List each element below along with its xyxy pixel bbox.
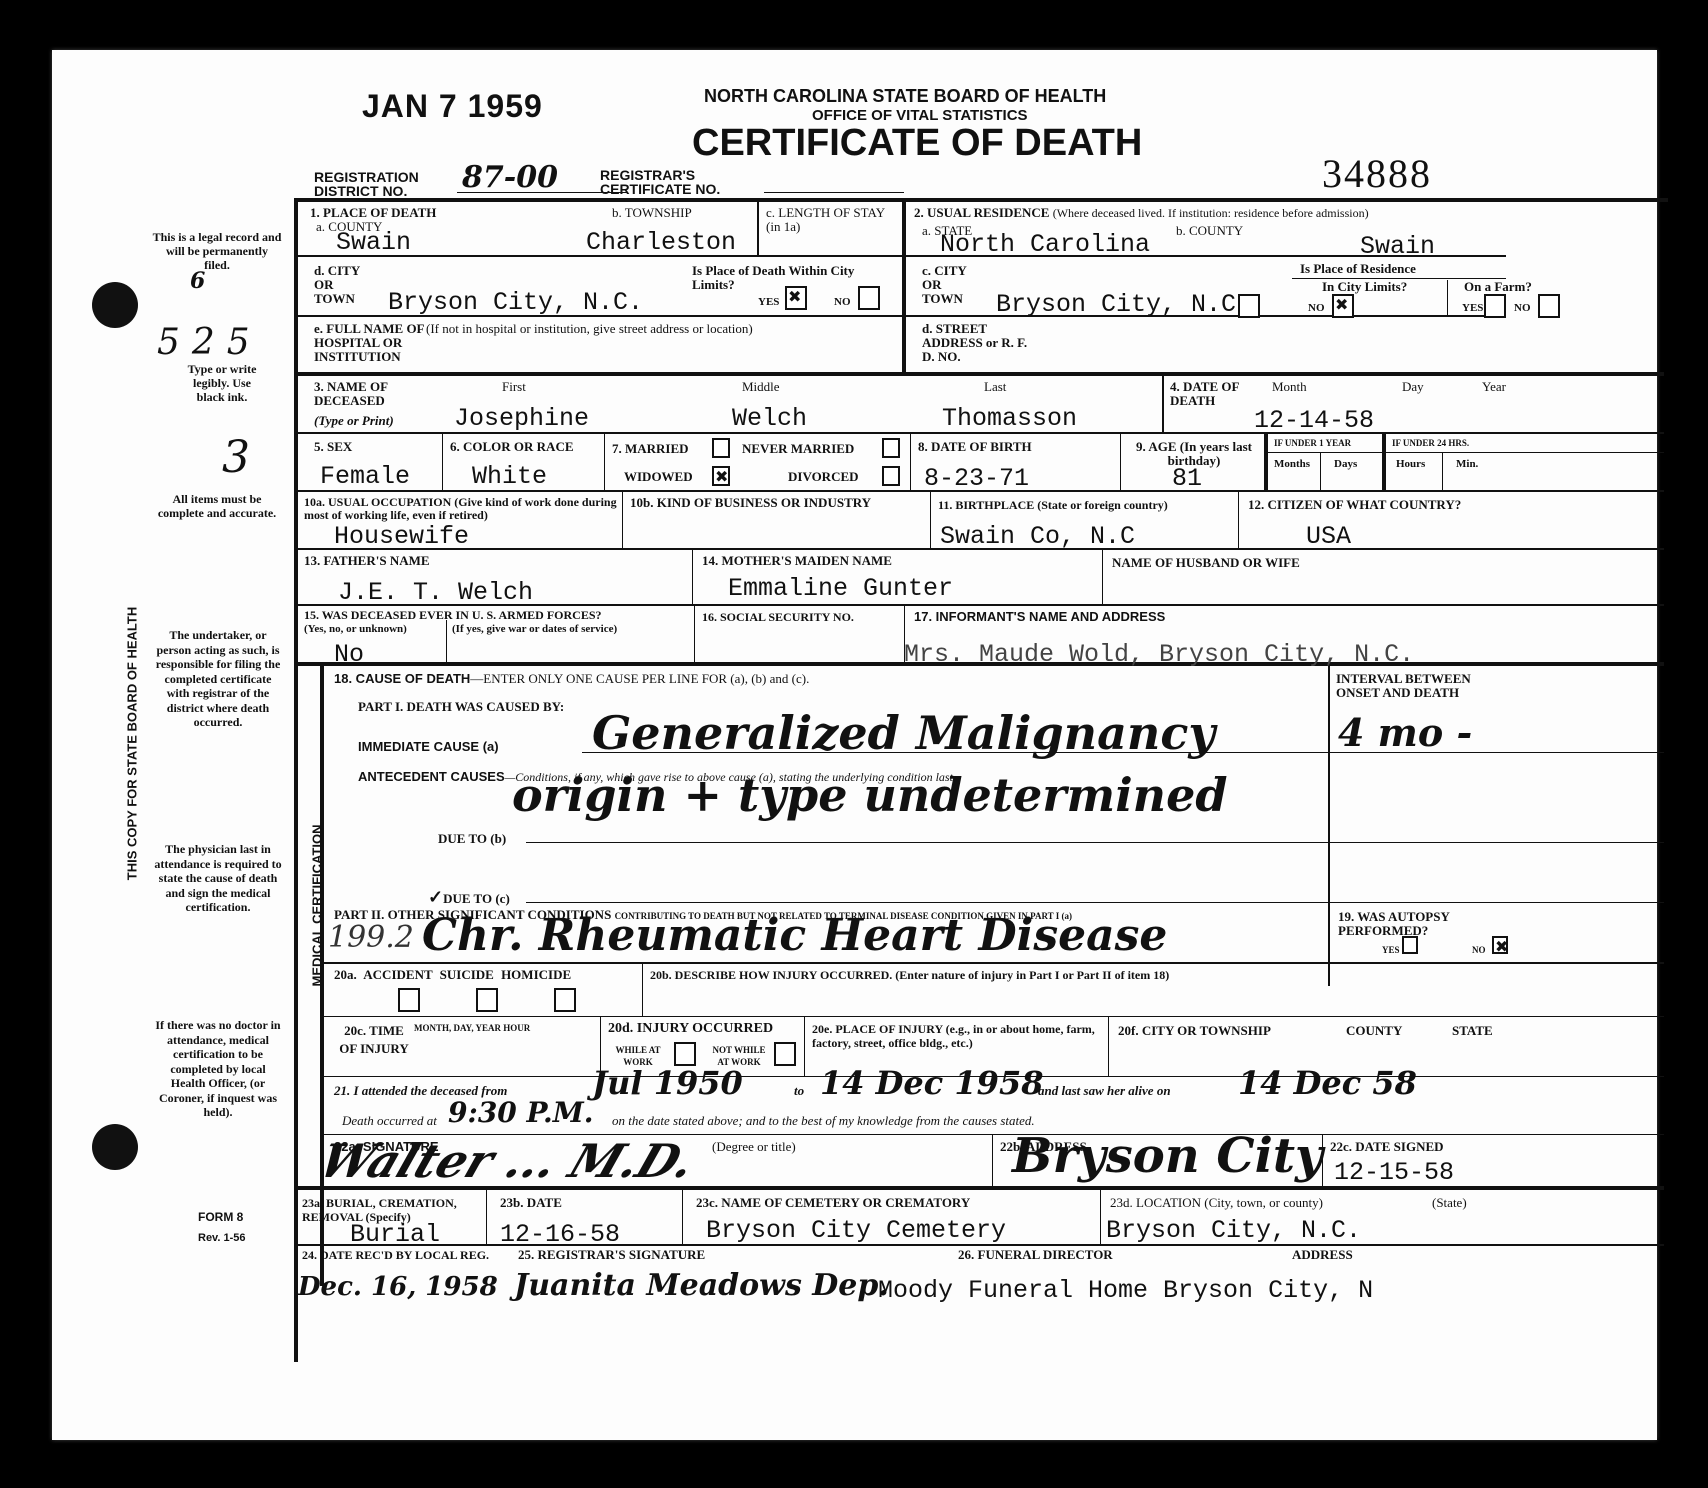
on-farm-no-checkbox[interactable] bbox=[1538, 294, 1560, 318]
race-label: 6. COLOR OR RACE bbox=[450, 440, 574, 454]
spouse-name-label: NAME OF HUSBAND OR WIFE bbox=[1112, 556, 1300, 570]
citizen-label: 12. CITIZEN OF WHAT COUNTRY? bbox=[1248, 498, 1461, 512]
autopsy-yes-label: YES bbox=[1382, 944, 1400, 956]
registration-district-value: 87-00 bbox=[462, 160, 558, 195]
mother-name-value: Emmaline Gunter bbox=[728, 576, 953, 602]
certificate-number: 34888 bbox=[1322, 150, 1432, 197]
place-of-residence-label: Is Place of Residence bbox=[1300, 262, 1416, 276]
accident-checkbox[interactable] bbox=[398, 988, 420, 1012]
checkmark-icon: ✓ bbox=[428, 887, 443, 907]
death-time-value: 9:30 P.M. bbox=[448, 1096, 593, 1129]
cemetery-label: 23c. NAME OF CEMETERY OR CREMATORY bbox=[696, 1196, 970, 1210]
registrar-certificate-label: REGISTRAR'S CERTIFICATE NO. bbox=[600, 168, 720, 196]
agency-name: NORTH CAROLINA STATE BOARD OF HEALTH bbox=[704, 86, 1106, 107]
armed-forces-hint-war: (If yes, give war or dates of service) bbox=[452, 622, 617, 636]
funeral-director-label: 26. FUNERAL DIRECTOR bbox=[958, 1248, 1113, 1262]
township-label: b. TOWNSHIP bbox=[612, 206, 692, 220]
residence-city-value: Bryson City, N.C. bbox=[996, 292, 1251, 318]
death-occurred-hint: on the date stated above; and to the bes… bbox=[612, 1114, 1035, 1128]
injury-occurred-label: 20d. INJURY OCCURRED bbox=[608, 1022, 773, 1036]
while-at-work-checkbox[interactable] bbox=[674, 1042, 696, 1066]
date-signed-label: 22c. DATE SIGNED bbox=[1330, 1140, 1444, 1154]
day-label: Day bbox=[1402, 380, 1424, 394]
in-city-limits-no-label: NO bbox=[1308, 302, 1325, 314]
burial-location-value: Bryson City, N.C. bbox=[1106, 1218, 1361, 1244]
divorced-label: DIVORCED bbox=[788, 470, 859, 484]
sex-label: 5. SEX bbox=[314, 440, 352, 454]
on-farm-label: On a Farm? bbox=[1464, 280, 1532, 294]
date-received-label: 24. DATE REC'D BY LOCAL REG. bbox=[302, 1248, 512, 1262]
birthplace-value: Swain Co, N.C bbox=[940, 524, 1135, 550]
death-county-value: Swain bbox=[336, 230, 411, 256]
received-stamp-date: JAN 7 1959 bbox=[362, 88, 543, 125]
month-label: Month bbox=[1272, 380, 1307, 394]
mother-name-label: 14. MOTHER'S MAIDEN NAME bbox=[702, 554, 892, 568]
date-received-value: Dec. 16, 1958 bbox=[298, 1272, 498, 1302]
street-address-label: d. STREET ADDRESS or R. F. D. NO. bbox=[922, 322, 1042, 364]
never-married-label: NEVER MARRIED bbox=[742, 442, 854, 456]
accident-suicide-homicide-label: 20a. ACCIDENT SUICIDE HOMICIDE bbox=[334, 968, 571, 982]
not-while-at-work-checkbox[interactable] bbox=[774, 1042, 796, 1066]
last-name-value: Thomasson bbox=[942, 406, 1077, 432]
death-city-label: d. CITY OR TOWN bbox=[314, 264, 374, 306]
legal-record-note: This is a legal record and will be perma… bbox=[152, 230, 282, 272]
vertical-copy-label: THIS COPY FOR STATE BOARD OF HEALTH bbox=[125, 574, 140, 914]
on-farm-yes-checkbox[interactable] bbox=[1484, 294, 1506, 318]
married-label: 7. MARRIED bbox=[612, 442, 689, 456]
days-label: Days bbox=[1334, 458, 1357, 470]
burial-state-label: (State) bbox=[1432, 1196, 1467, 1210]
informant-value: Mrs. Maude Wold, Bryson City, N.C. bbox=[904, 642, 1414, 668]
immediate-cause-value: Generalized Malignancy bbox=[592, 706, 1215, 760]
date-of-death-label: 4. DATE OF DEATH bbox=[1170, 380, 1240, 408]
binder-hole-top bbox=[92, 282, 138, 328]
autopsy-no-label: NO bbox=[1472, 944, 1486, 956]
first-name-label: First bbox=[502, 380, 526, 394]
sex-value: Female bbox=[320, 464, 410, 490]
funeral-director-value: Moody Funeral Home Bryson City, N bbox=[878, 1278, 1373, 1304]
type-or-print-hint: (Type or Print) bbox=[314, 414, 394, 428]
on-farm-yes-label: YES bbox=[1462, 302, 1483, 314]
physician-note: The physician last in attendance is requ… bbox=[154, 842, 282, 915]
physician-address-value: Bryson City bbox=[1012, 1128, 1323, 1184]
handwritten-525: 525 bbox=[157, 322, 262, 363]
part-1-label: PART I. DEATH WAS CAUSED BY: bbox=[358, 700, 564, 714]
binder-hole-bottom bbox=[92, 1124, 138, 1170]
industry-label: 10b. KIND OF BUSINESS OR INDUSTRY bbox=[630, 496, 871, 510]
occupation-value: Housewife bbox=[334, 524, 469, 550]
within-limits-no-label: NO bbox=[834, 296, 851, 308]
part-2-icd-code: 199.2 bbox=[328, 920, 414, 955]
funeral-address-label: ADDRESS bbox=[1292, 1248, 1353, 1262]
autopsy-yes-checkbox[interactable] bbox=[1402, 936, 1418, 954]
usual-residence-label: 2. USUAL RESIDENCE (Where deceased lived… bbox=[914, 206, 1369, 220]
birthplace-label: 11. BIRTHPLACE (State or foreign country… bbox=[938, 498, 1168, 512]
time-of-injury-hint: MONTH, DAY, YEAR HOUR bbox=[414, 1022, 530, 1034]
attended-to-value: 14 Dec 1958 bbox=[820, 1064, 1043, 1102]
attended-from-value: Jul 1950 bbox=[592, 1064, 743, 1102]
no-doctor-note: If there was no doctor in attendance, me… bbox=[154, 1018, 282, 1120]
part-2-condition-value: Chr. Rheumatic Heart Disease bbox=[422, 910, 1167, 961]
city-township-label: 20f. CITY OR TOWNSHIP bbox=[1118, 1024, 1271, 1038]
in-city-limits-label: In City Limits? bbox=[1322, 280, 1407, 294]
due-to-b-label: DUE TO (b) bbox=[438, 832, 506, 846]
date-of-death-value: 12-14-58 bbox=[1254, 408, 1374, 434]
death-city-value: Bryson City, N.C. bbox=[388, 290, 643, 316]
first-name-value: Josephine bbox=[454, 406, 589, 432]
date-signed-value: 12-15-58 bbox=[1334, 1160, 1454, 1186]
revision-label: Rev. 1-56 bbox=[198, 1232, 246, 1244]
death-occurred-label: Death occurred at bbox=[342, 1114, 437, 1128]
on-farm-no-label: NO bbox=[1514, 302, 1531, 314]
informant-label: 17. INFORMANT'S NAME AND ADDRESS bbox=[914, 610, 1165, 624]
armed-forces-value: No bbox=[334, 642, 364, 668]
death-certificate: JAN 7 1959 NORTH CAROLINA STATE BOARD OF… bbox=[52, 50, 1657, 1440]
registrar-signature-label: 25. REGISTRAR'S SIGNATURE bbox=[518, 1248, 705, 1262]
race-value: White bbox=[472, 464, 547, 490]
age-value: 81 bbox=[1172, 466, 1202, 492]
under-1-year-label: IF UNDER 1 YEAR bbox=[1274, 437, 1351, 449]
social-security-label: 16. SOCIAL SECURITY NO. bbox=[702, 610, 854, 624]
autopsy-no-checkbox[interactable] bbox=[1492, 936, 1508, 954]
armed-forces-label: 15. WAS DECEASED EVER IN U. S. ARMED FOR… bbox=[304, 608, 602, 622]
middle-name-value: Welch bbox=[732, 406, 807, 432]
suicide-checkbox[interactable] bbox=[476, 988, 498, 1012]
burial-location-label: 23d. LOCATION (City, town, or county) bbox=[1110, 1196, 1323, 1210]
widowed-label: WIDOWED bbox=[624, 470, 693, 484]
residence-county-value: Swain bbox=[1360, 234, 1435, 260]
father-name-label: 13. FATHER'S NAME bbox=[304, 554, 430, 568]
homicide-checkbox[interactable] bbox=[554, 988, 576, 1012]
attended-to-label: to bbox=[794, 1084, 804, 1098]
injury-description-label: 20b. DESCRIBE HOW INJURY OCCURRED. (Ente… bbox=[650, 968, 1169, 982]
last-saw-alive-value: 14 Dec 58 bbox=[1238, 1064, 1417, 1102]
minutes-label: Min. bbox=[1456, 458, 1478, 470]
last-name-label: Last bbox=[984, 380, 1006, 394]
death-township-value: Charleston bbox=[586, 230, 736, 256]
within-limits-yes-label: YES bbox=[758, 296, 779, 308]
married-checkbox[interactable] bbox=[712, 438, 730, 458]
cemetery-value: Bryson City Cemetery bbox=[706, 1218, 1006, 1244]
armed-forces-hint-yes-no: (Yes, no, or unknown) bbox=[304, 622, 407, 636]
residence-city-label: c. CITY OR TOWN bbox=[922, 264, 982, 306]
father-name-value: J.E. T. Welch bbox=[338, 580, 533, 606]
within-limits-no-checkbox[interactable] bbox=[858, 286, 880, 310]
physician-signature: Walter ... M.D. bbox=[312, 1134, 703, 1188]
months-label: Months bbox=[1274, 458, 1310, 470]
autopsy-label: 19. WAS AUTOPSY PERFORMED? bbox=[1338, 910, 1508, 938]
deceased-name-label: 3. NAME OF DECEASED bbox=[314, 380, 404, 408]
injury-county-label: COUNTY bbox=[1346, 1024, 1402, 1038]
all-items-note: All items must be complete and accurate. bbox=[152, 492, 282, 520]
interval-label: INTERVAL BETWEEN ONSET AND DEATH bbox=[1336, 672, 1506, 700]
hospital-hint: (If not in hospital or institution, give… bbox=[426, 322, 753, 336]
burial-date-label: 23b. DATE bbox=[500, 1196, 562, 1210]
type-legibly-note: Type or write legibly. Use black ink. bbox=[182, 362, 262, 404]
middle-name-label: Middle bbox=[742, 380, 780, 394]
registrar-signature-value: Juanita Meadows Dep. bbox=[514, 1268, 889, 1303]
undertaker-note: The undertaker, or person acting as such… bbox=[154, 628, 282, 730]
occupation-label: 10a. USUAL OCCUPATION (Give kind of work… bbox=[304, 496, 618, 522]
place-of-death-label: 1. PLACE OF DEATH bbox=[310, 206, 436, 220]
degree-label: (Degree or title) bbox=[712, 1140, 796, 1154]
citizen-value: USA bbox=[1306, 524, 1351, 550]
under-24-hours-label: IF UNDER 24 HRS. bbox=[1392, 437, 1469, 449]
widowed-checkbox[interactable] bbox=[712, 466, 730, 486]
year-label: Year bbox=[1482, 380, 1506, 394]
date-of-birth-value: 8-23-71 bbox=[924, 466, 1029, 492]
within-limits-yes-checkbox[interactable] bbox=[785, 286, 807, 310]
immediate-cause-label: IMMEDIATE CAUSE (a) bbox=[358, 740, 499, 754]
injury-state-label: STATE bbox=[1452, 1024, 1493, 1038]
date-of-birth-label: 8. DATE OF BIRTH bbox=[918, 440, 1032, 454]
residence-county-label: b. COUNTY bbox=[1176, 224, 1243, 238]
due-to-c-label: ✓DUE TO (c) bbox=[428, 890, 510, 906]
medical-certification-vertical-label: MEDICAL CERTIFICATION bbox=[310, 791, 325, 1021]
last-saw-alive-label: and last saw her alive on bbox=[1038, 1084, 1171, 1098]
never-married-checkbox[interactable] bbox=[882, 438, 900, 458]
registration-district-label: REGISTRATION DISTRICT NO. bbox=[314, 170, 419, 198]
in-city-limits-yes-checkbox[interactable] bbox=[1238, 294, 1260, 318]
handwritten-6: 6 bbox=[190, 268, 205, 294]
residence-state-value: North Carolina bbox=[940, 232, 1150, 258]
in-city-limits-no-checkbox[interactable] bbox=[1332, 294, 1354, 318]
hospital-label: e. FULL NAME OF HOSPITAL OR INSTITUTION bbox=[314, 322, 424, 364]
cause-of-death-label: 18. CAUSE OF DEATH—ENTER ONLY ONE CAUSE … bbox=[334, 672, 809, 686]
antecedent-cause-value: origin + type undetermined bbox=[512, 768, 1228, 822]
divorced-checkbox[interactable] bbox=[882, 466, 900, 486]
place-of-injury-label: 20e. PLACE OF INJURY (e.g., in or about … bbox=[812, 1022, 1102, 1050]
hours-label: Hours bbox=[1396, 458, 1425, 470]
length-of-stay-label: c. LENGTH OF STAY (in 1a) bbox=[766, 206, 896, 234]
page-title: CERTIFICATE OF DEATH bbox=[692, 122, 1142, 165]
time-of-injury-label: 20c. TIME OF INJURY bbox=[334, 1022, 414, 1058]
form-label: FORM 8 bbox=[198, 1210, 243, 1224]
handwritten-3: 3 bbox=[222, 432, 250, 483]
interval-value: 4 mo - bbox=[1338, 710, 1472, 755]
